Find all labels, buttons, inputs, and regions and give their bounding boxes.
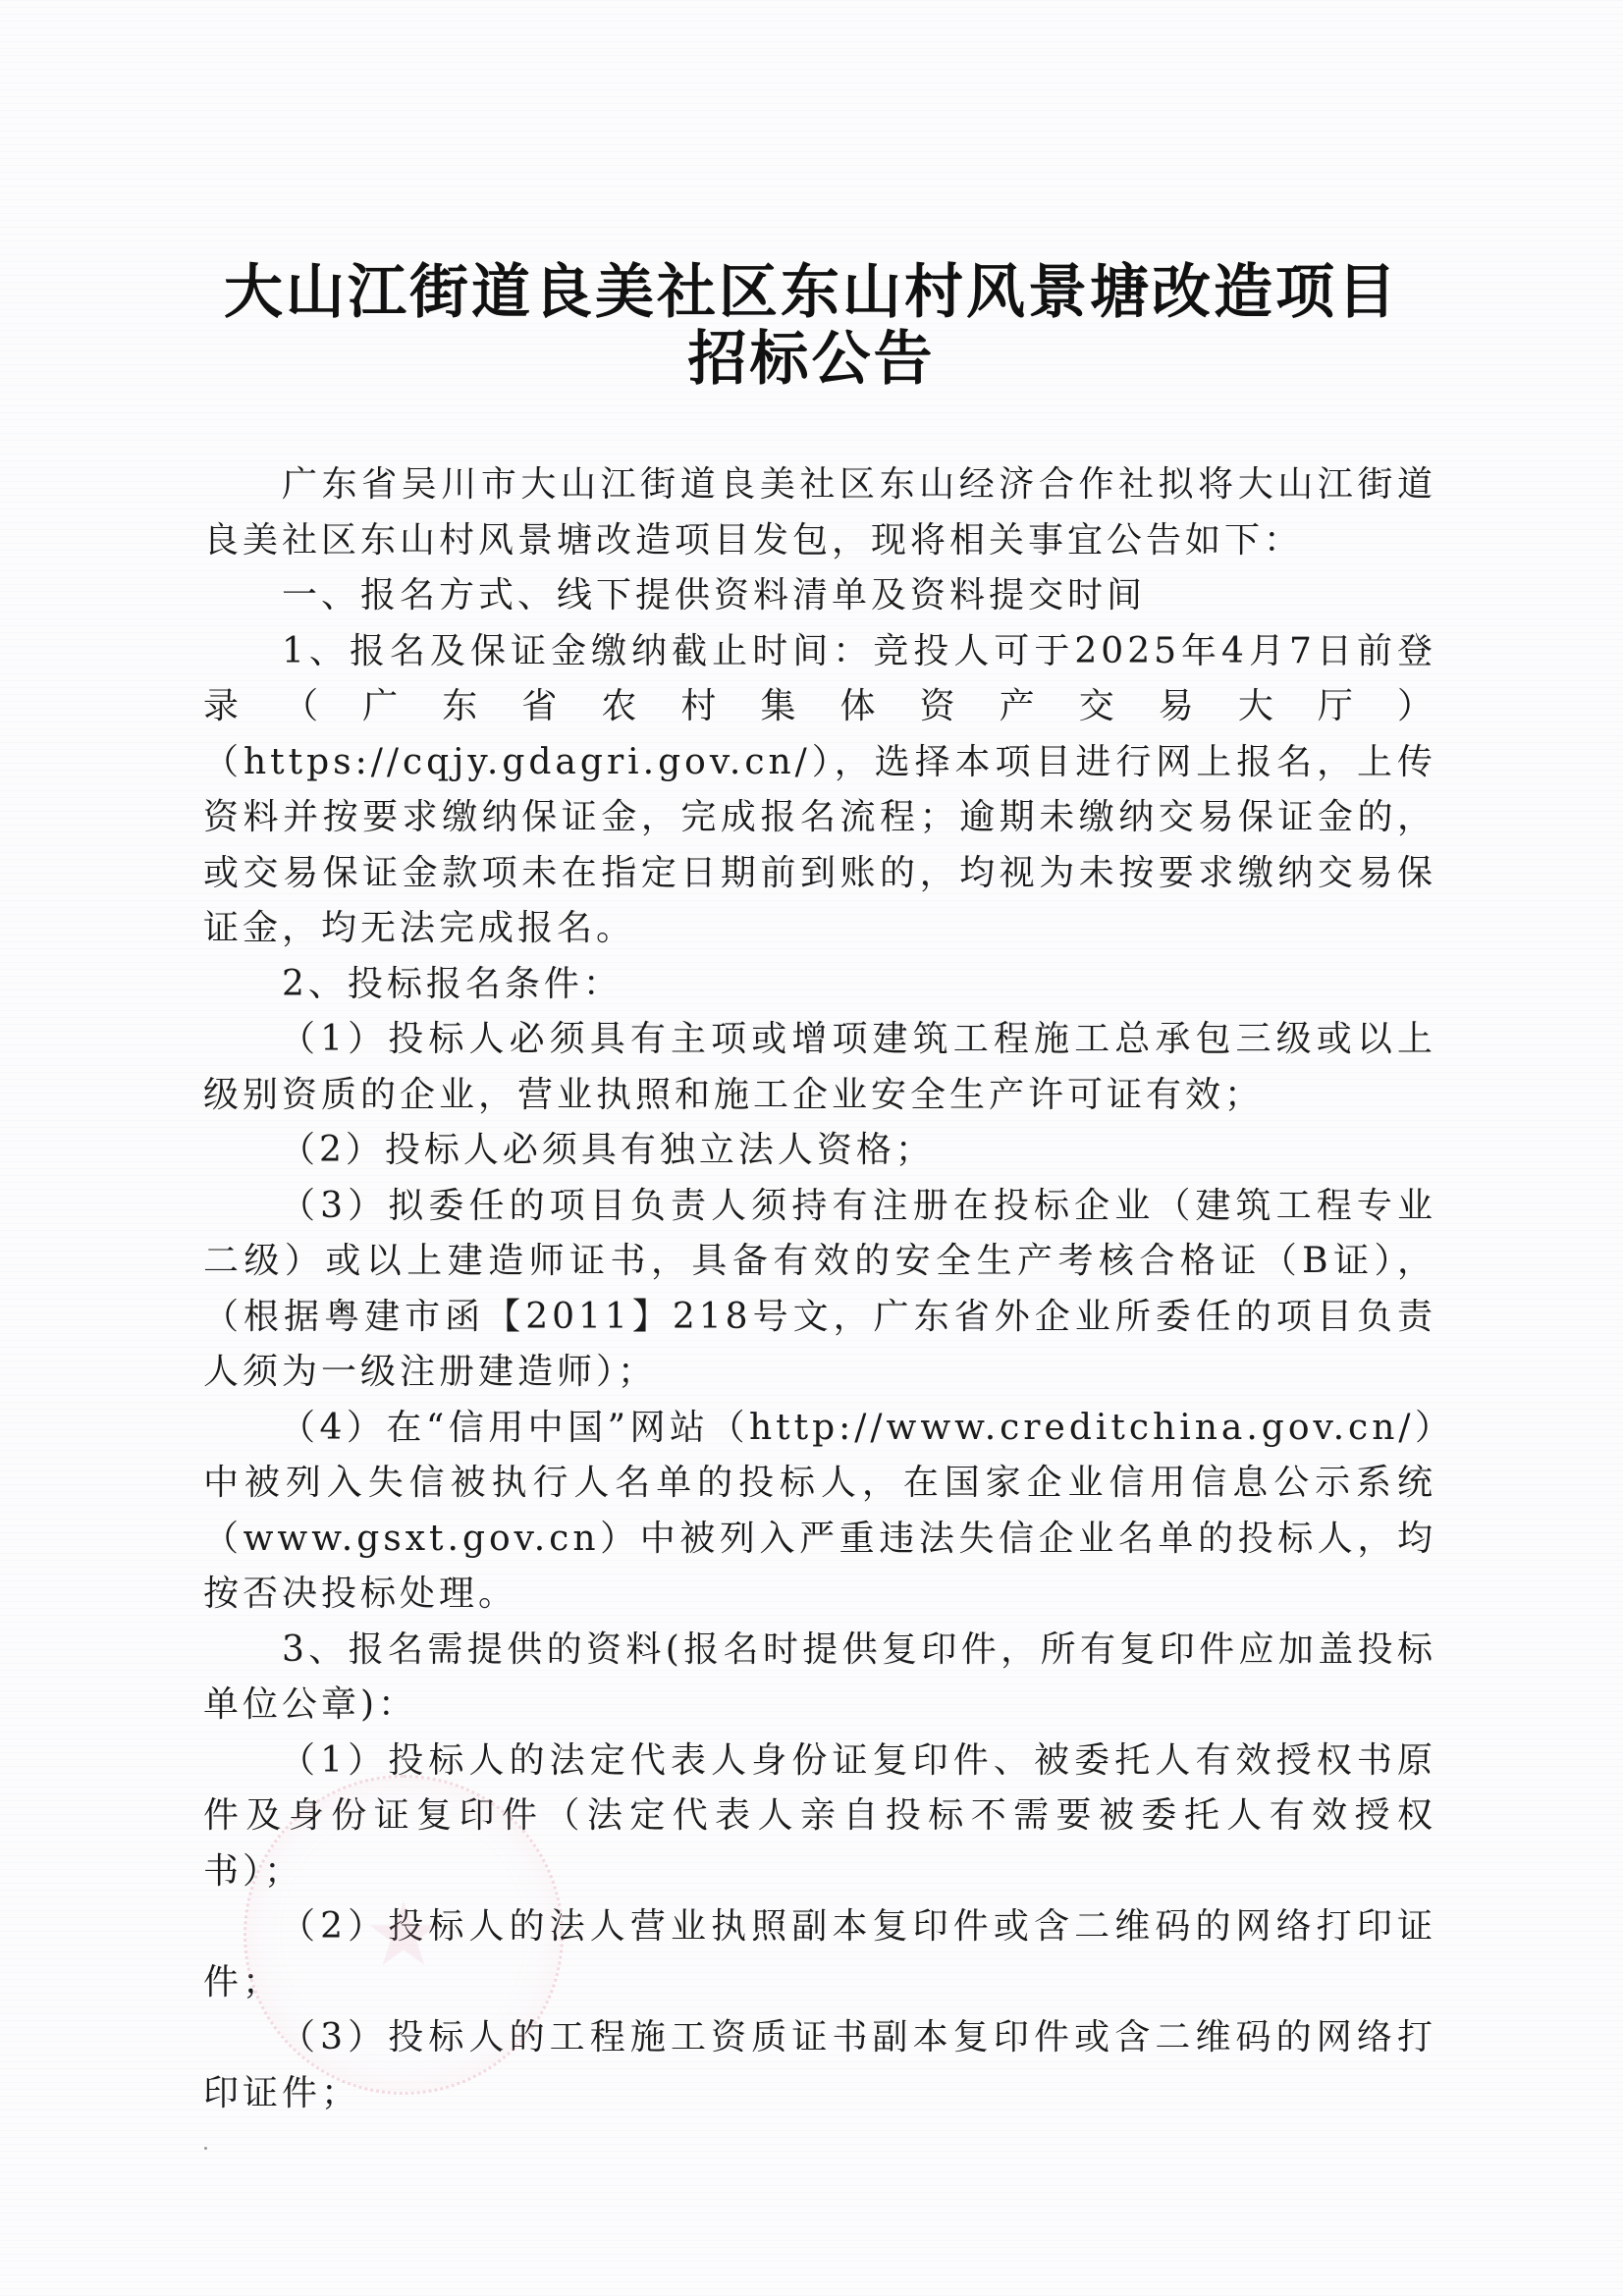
required-doc-id-authorization: （1）投标人的法定代表人身份证复印件、被委托人有效授权书原件及身份证复印件（法定… [203,1734,1436,1900]
condition-credit-check: （4）在“信用中国”网站（http://www.creditchina.gov.… [203,1401,1436,1623]
section-heading-registration: 一、报名方式、线下提供资料清单及资料提交时间 [203,568,1436,624]
required-doc-qualification-cert: （3）投标人的工程施工资质证书副本复印件或含二维码的网络打印证件； [203,2010,1436,2121]
item-required-documents-heading: 3、报名需提供的资料(报名时提供复印件，所有复印件应加盖投标单位公章)： [203,1623,1436,1734]
scan-speck [204,2147,207,2150]
required-doc-business-license: （2）投标人的法人营业执照副本复印件或含二维码的网络打印证件； [203,1899,1436,2010]
condition-qualification: （1）投标人必须具有主项或增项建筑工程施工总承包三级或以上级别资质的企业，营业执… [203,1012,1436,1123]
intro-paragraph: 广东省吴川市大山江街道良美社区东山经济合作社拟将大山江街道良美社区东山村风景塘改… [203,457,1436,568]
item-registration-deadline: 1、报名及保证金缴纳截止时间：竞投人可于2025年4月7日前登录（广东省农村集体… [203,624,1436,957]
document-title-line-1: 大山江街道良美社区东山村风景塘改造项目 [0,261,1623,324]
document-page: 大山江街道良美社区东山村风景塘改造项目 招标公告 广东省吴川市大山江街道良美社区… [0,0,1623,2296]
document-body: 广东省吴川市大山江街道良美社区东山经济合作社拟将大山江街道良美社区东山村风景塘改… [203,457,1436,2121]
condition-project-manager: （3）拟委任的项目负责人须持有注册在投标企业（建筑工程专业二级）或以上建造师证书… [203,1179,1436,1401]
condition-legal-person: （2）投标人必须具有独立法人资格； [203,1123,1436,1179]
item-bidding-conditions-heading: 2、投标报名条件： [203,957,1436,1013]
document-title-line-2: 招标公告 [0,328,1623,391]
